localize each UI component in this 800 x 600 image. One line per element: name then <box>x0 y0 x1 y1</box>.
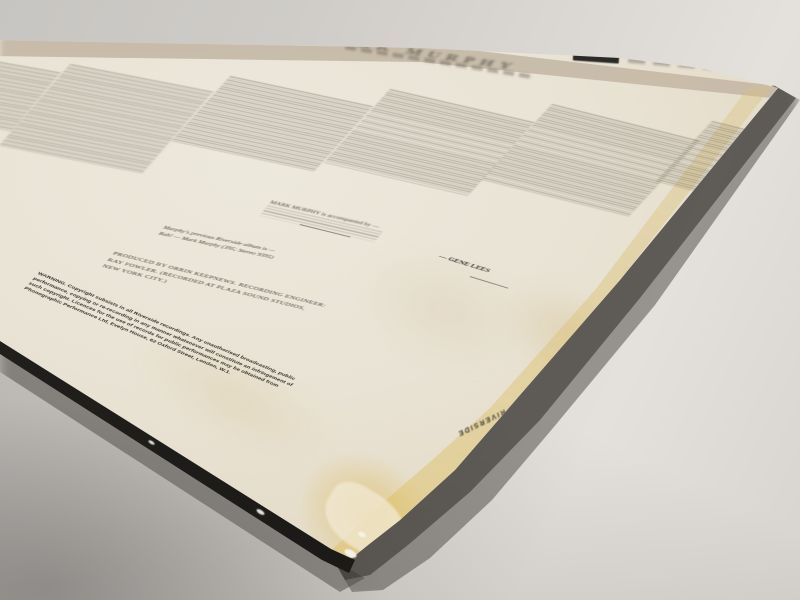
album-back-cover: MARK MURPHY MARK MURPHY is accompanied b… <box>0 0 800 600</box>
personnel-block: MARK MURPHY is accompanied by — <box>260 200 387 242</box>
riverside-label-bar <box>573 52 619 63</box>
previous-album-note: Murphy's previous Riverside album is — R… <box>157 224 281 261</box>
script-title-blur <box>350 23 445 38</box>
production-line: RAY FOWLER. (RECORDED AT PLAZA SOUND STU… <box>105 256 322 315</box>
script-title-blur <box>319 10 486 36</box>
photo-scene: MARK MURPHY MARK MURPHY is accompanied b… <box>0 0 800 600</box>
